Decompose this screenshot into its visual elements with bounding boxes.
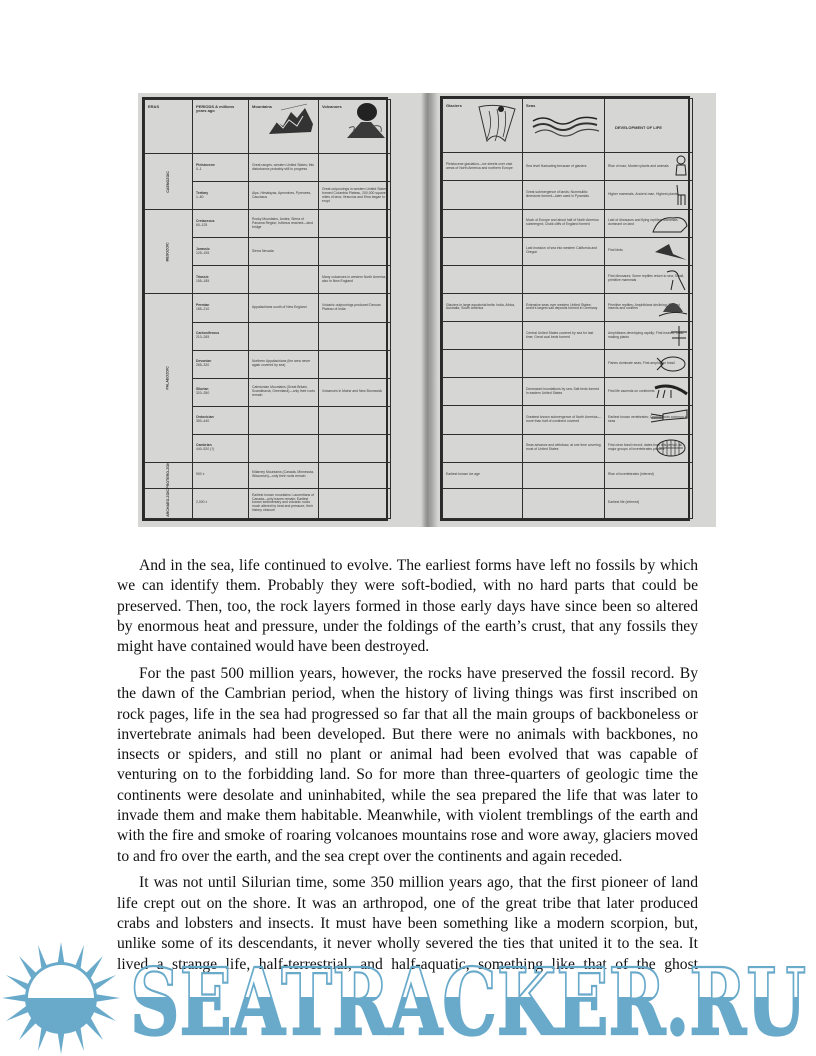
volcanoes-cell: Volcanic outpourings produced Deccan Pla… bbox=[319, 294, 391, 322]
glaciers-cell bbox=[443, 237, 523, 265]
period-cell: Silurian320–350 bbox=[193, 378, 249, 406]
chart-right-table: Glaciers Seas bbox=[442, 98, 693, 519]
pterodactyl-icon bbox=[653, 240, 689, 264]
volcanoes-cell bbox=[319, 434, 391, 462]
header-mountains: Mountains bbox=[249, 100, 319, 154]
triceratops-icon bbox=[651, 212, 689, 236]
seas-cell: Central United States covered by sea for… bbox=[523, 322, 605, 350]
mountains-cell bbox=[249, 434, 319, 462]
mountains-cell: Appalachians south of New England bbox=[249, 294, 319, 322]
glaciers-cell: Earliest known ice age bbox=[443, 462, 523, 488]
dimetrodon-icon bbox=[657, 296, 689, 320]
volcano-illustration-icon bbox=[339, 102, 387, 142]
glaciers-cell bbox=[443, 209, 523, 237]
seas-cell: Sea level fluctuating because of glacier… bbox=[523, 153, 605, 181]
period-cell: Cretaceous60–125 bbox=[193, 210, 249, 238]
life-cell: Primitive reptiles; Amphibians declining… bbox=[605, 293, 693, 321]
mountains-cell: Alps, Himalayas, Apennines, Pyrenees, Ca… bbox=[249, 182, 319, 210]
seas-cell: Great submergence of lands; Nummulitic l… bbox=[523, 181, 605, 209]
chart-left-table: ERAS PERIODS & millions years ago Mounta… bbox=[144, 99, 391, 519]
period-cell: Cambrian440–520 (?) bbox=[193, 434, 249, 462]
life-cell: First birds bbox=[605, 237, 693, 265]
life-cell: First clear fossil record; dates from th… bbox=[605, 434, 693, 462]
life-cell: Higher mammals, Ancient man, Highest pla… bbox=[605, 181, 693, 209]
seas-cell: Much of Europe and about half of North A… bbox=[523, 209, 605, 237]
era-cell: ARCHAEO-ZOIC bbox=[145, 488, 193, 518]
volcanoes-cell bbox=[319, 154, 391, 182]
volcanoes-cell: Great outpourings in western United Stat… bbox=[319, 182, 391, 210]
life-cell: Earliest life (inferred) bbox=[605, 488, 693, 518]
mountains-cell: Rocky Mountains, Andes; Sierra of Panama… bbox=[249, 210, 319, 238]
seas-cell bbox=[523, 462, 605, 488]
volcanoes-cell bbox=[319, 210, 391, 238]
volcanoes-cell bbox=[319, 406, 391, 434]
dragonfly-icon bbox=[669, 324, 689, 348]
early-man-icon bbox=[673, 155, 689, 179]
glaciers-cell: Glaciers in large equatorial belts: Indi… bbox=[443, 293, 523, 321]
scorpion-icon bbox=[651, 380, 689, 402]
mountains-cell: Northern Appalachians (the area never ag… bbox=[249, 350, 319, 378]
paragraph: And in the sea, life continued to evolve… bbox=[117, 556, 698, 657]
seas-cell: Greatest known submergence of North Amer… bbox=[523, 406, 605, 434]
header-glaciers: Glaciers bbox=[443, 99, 523, 153]
volcanoes-cell: Volcanoes in Maine and New Brunswick bbox=[319, 378, 391, 406]
llama-icon bbox=[673, 183, 689, 207]
header-eras: ERAS bbox=[145, 100, 193, 154]
glaciers-cell bbox=[443, 378, 523, 406]
trilobite-icon bbox=[649, 437, 689, 459]
era-cell: CAENOZOIC bbox=[145, 154, 193, 210]
life-cell: Rise of man; Modern plants and animals bbox=[605, 153, 693, 181]
mountains-cell bbox=[249, 322, 319, 350]
life-cell: Rise of invertebrates (inferred) bbox=[605, 462, 693, 488]
glaciers-cell bbox=[443, 350, 523, 378]
seas-cell: Seas advance and withdraw, at one time c… bbox=[523, 434, 605, 462]
glacier-illustration-icon bbox=[475, 101, 519, 145]
mountains-cell bbox=[249, 266, 319, 294]
mountains-cell bbox=[249, 406, 319, 434]
header-periods: PERIODS & millions years ago bbox=[193, 100, 249, 154]
seas-cell: Extensive seas over western United State… bbox=[523, 293, 605, 321]
mountains-cell: Caledonian Mountains (Great Britain, Sca… bbox=[249, 378, 319, 406]
volcanoes-cell: Many volcanoes in western North America,… bbox=[319, 266, 391, 294]
era-cell: PROTERO-ZOIC bbox=[145, 462, 193, 488]
volcanoes-cell bbox=[319, 322, 391, 350]
header-volcanoes: Volcanoes bbox=[319, 100, 391, 154]
period-cell: Ordovician350–440 bbox=[193, 406, 249, 434]
sea-waves-illustration-icon bbox=[531, 111, 601, 141]
header-development-of-life: DEVELOPMENT OF LIFE bbox=[605, 99, 693, 153]
period-cell: Carboniferous210–265 bbox=[193, 322, 249, 350]
glaciers-cell bbox=[443, 406, 523, 434]
life-cell: Amphibians developing rapidly; First ins… bbox=[605, 322, 693, 350]
glaciers-cell bbox=[443, 488, 523, 518]
period-cell: Tertiary1–60 bbox=[193, 182, 249, 210]
period-cell: Devonian265–320 bbox=[193, 350, 249, 378]
period-cell: 900 ± bbox=[193, 462, 249, 488]
era-cell: PALAEOZOIC bbox=[145, 294, 193, 462]
header-seas: Seas bbox=[523, 99, 605, 153]
era-cell: MESOZOIC bbox=[145, 210, 193, 294]
volcanoes-cell bbox=[319, 350, 391, 378]
period-cell: Triassic155–185 bbox=[193, 266, 249, 294]
nautiloid-icon bbox=[649, 408, 689, 428]
life-cell: First life ascends on continents bbox=[605, 378, 693, 406]
geologic-time-chart-scan: ERAS PERIODS & millions years ago Mounta… bbox=[138, 93, 716, 527]
paragraph: For the past 500 million years, however,… bbox=[117, 664, 698, 867]
glaciers-cell: Pleistocene glaciation—ice sheets over v… bbox=[443, 153, 523, 181]
mountains-cell: Killarney Mountains (Canada, Minnesota, … bbox=[249, 462, 319, 488]
mountains-illustration-icon bbox=[267, 102, 315, 138]
chart-right-page: Glaciers Seas bbox=[430, 93, 716, 527]
glaciers-cell bbox=[443, 265, 523, 293]
volcanoes-cell bbox=[319, 462, 391, 488]
sun-over-sea-icon bbox=[0, 940, 122, 1056]
period-cell: Permian185–210 bbox=[193, 294, 249, 322]
seas-cell bbox=[523, 265, 605, 293]
life-cell: Last of dinosaurs and flying reptiles; M… bbox=[605, 209, 693, 237]
mountains-cell: Sierra Nevada bbox=[249, 238, 319, 266]
seas-cell: Last invasion of sea into western Califo… bbox=[523, 237, 605, 265]
fish-icon bbox=[655, 352, 689, 374]
glaciers-cell bbox=[443, 181, 523, 209]
chart-left-page: ERAS PERIODS & millions years ago Mounta… bbox=[138, 93, 424, 527]
life-cell: Earliest known vertebrates; Cephalopods … bbox=[605, 406, 693, 434]
dinosaur-icon bbox=[661, 268, 689, 292]
volcanoes-cell bbox=[319, 238, 391, 266]
mountains-cell: Great ranges, western United States; thi… bbox=[249, 154, 319, 182]
glaciers-cell bbox=[443, 322, 523, 350]
glaciers-cell bbox=[443, 434, 523, 462]
life-cell: First dinosaurs; Some reptiles return to… bbox=[605, 265, 693, 293]
period-cell: Jurassic125–155 bbox=[193, 238, 249, 266]
seas-cell bbox=[523, 350, 605, 378]
life-cell: Fishes dominate seas; First amphibian fo… bbox=[605, 350, 693, 378]
seas-cell bbox=[523, 488, 605, 518]
volcanoes-cell bbox=[319, 488, 391, 518]
mountains-cell: Earliest known mountains: Laurentians of… bbox=[249, 488, 319, 518]
seas-cell: Decreased inundations by sea; Salt beds … bbox=[523, 378, 605, 406]
body-text: And in the sea, life continued to evolve… bbox=[117, 556, 698, 981]
period-cell: Pleistocene0–1 bbox=[193, 154, 249, 182]
seatracker-watermark: SEATRACKER.RU SEATRACKER.RU bbox=[128, 950, 816, 1050]
period-cell: 2,000 ± bbox=[193, 488, 249, 518]
